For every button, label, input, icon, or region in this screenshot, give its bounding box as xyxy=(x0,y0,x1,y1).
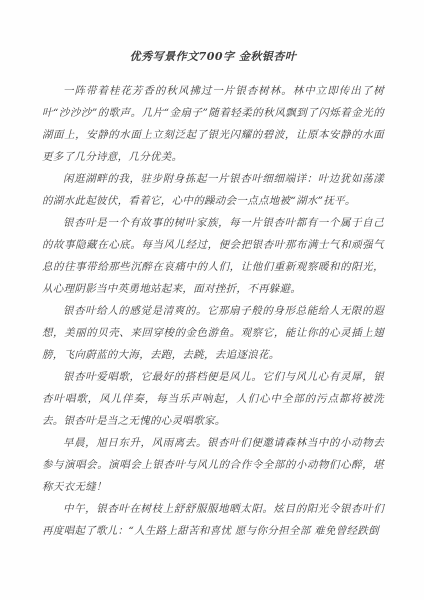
document-body: 一阵带着桂花芳香的秋风拂过一片银杏树林。林中立即传出了树叶“沙沙沙”的歌声。几片… xyxy=(42,80,384,542)
paragraph: 早晨，旭日东升，风雨离去。银杏叶们便邀请森林当中的小动物去参与演唱会。演唱会上银… xyxy=(42,432,384,498)
paragraph: 银杏叶是一个有故事的树叶家族，每一片银杏叶都有一个属于自己的故事隐藏在心底。每当… xyxy=(42,212,384,300)
paragraph: 闲逛湖畔的我，驻步附身拣起一片银杏叶细细端详：叶边犹如荡漾的湖水此起彼伏，看着它… xyxy=(42,168,384,212)
paragraph: 中午，银杏叶在树枝上舒舒服服地晒太阳。炫目的阳光令银杏叶们再度唱起了歌儿：“人生… xyxy=(42,498,384,542)
paragraph: 银杏叶给人的感觉是清爽的。它那扇子般的身形总能给人无限的遐想，美丽的贝壳、来回穿… xyxy=(42,300,384,366)
document-page: 优秀写景作文700字 金秋银杏叶 一阵带着桂花芳香的秋风拂过一片银杏树林。林中立… xyxy=(0,0,424,600)
paragraph: 银杏叶爱唱歌，它最好的搭档便是风儿。它们与风儿心有灵犀，银杏叶唱歌，风儿伴奏，每… xyxy=(42,366,384,432)
paragraph: 一阵带着桂花芳香的秋风拂过一片银杏树林。林中立即传出了树叶“沙沙沙”的歌声。几片… xyxy=(42,80,384,168)
document-title: 优秀写景作文700字 金秋银杏叶 xyxy=(42,48,384,64)
